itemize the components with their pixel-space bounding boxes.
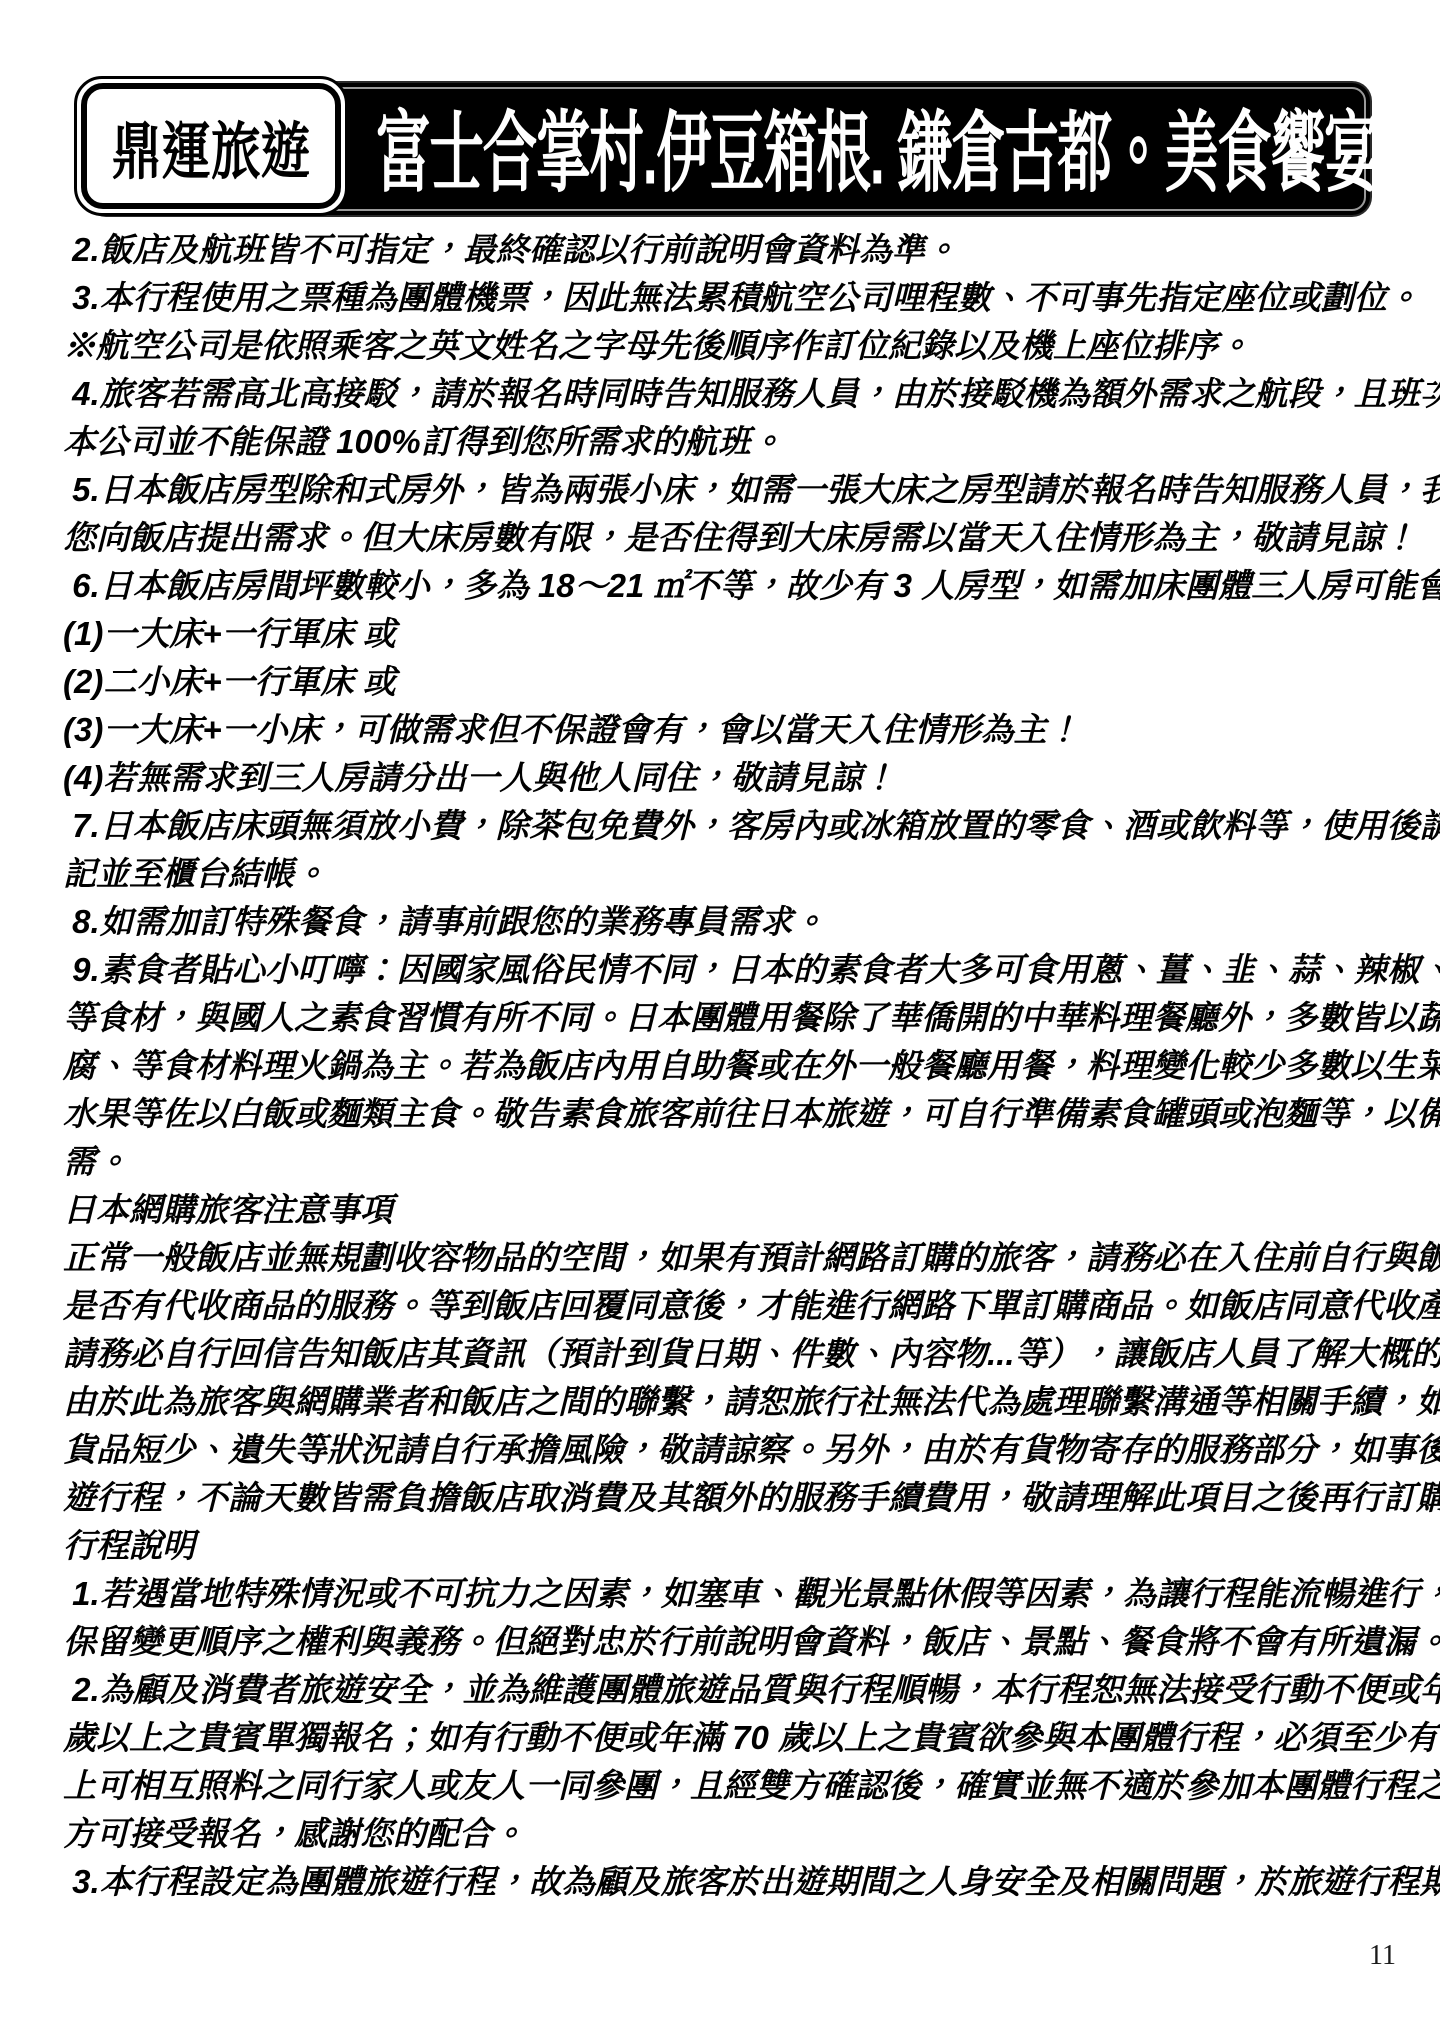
body-line: 2.飯店及航班皆不可指定，最終確認以行前說明會資料為準。 (63, 226, 1393, 274)
body-line: (4)若無需求到三人房請分出一人與他人同住，敬請見諒！ (63, 754, 1393, 802)
agency-logo-text: 鼎運旅遊 (112, 102, 310, 191)
body-line: 由於此為旅客與網購業者和飯店之間的聯繫，請恕旅行社無法代為處理聯繫溝通等相關手續… (63, 1378, 1393, 1426)
body-line: 本公司並不能保證 100%訂得到您所需求的航班。 (63, 418, 1393, 466)
body-line: 6.日本飯店房間坪數較小，多為 18～21 ㎡不等，故少有 3 人房型，如需加床… (63, 562, 1393, 610)
agency-logo: 鼎運旅遊 (74, 76, 348, 216)
page-number: 11 (1369, 1940, 1396, 1972)
body-line: 上可相互照料之同行家人或友人一同參團，且經雙方確認後，確實並無不適於參加本團體行… (63, 1762, 1393, 1810)
body-line: 遊行程，不論天數皆需負擔飯店取消費及其額外的服務手續費用，敬請理解此項目之後再行… (63, 1474, 1393, 1522)
body-line: 日本網購旅客注意事項 (63, 1186, 1393, 1234)
body-line: 5.日本飯店房型除和式房外，皆為兩張小床，如需一張大床之房型請於報名時告知服務人… (63, 466, 1393, 514)
body-line: 8.如需加訂特殊餐食，請事前跟您的業務專員需求。 (63, 898, 1393, 946)
body-line: 4.旅客若需高北高接駁，請於報名時同時告知服務人員，由於接駁機為額外需求之航段，… (63, 370, 1393, 418)
body-line: ※航空公司是依照乘客之英文姓名之字母先後順序作訂位紀錄以及機上座位排序。 (63, 322, 1393, 370)
body-line: 7.日本飯店床頭無須放小費，除茶包免費外，客房內或冰箱放置的零食、酒或飲料等，使… (63, 802, 1393, 850)
body-line: 9.素食者貼心小叮嚀：因國家風俗民情不同，日本的素食者大多可食用蔥、薑、韭、蒜、… (63, 946, 1393, 994)
body-line: 水果等佐以白飯或麵類主食。敬告素食旅客前往日本旅遊，可自行準備素食罐頭或泡麵等，… (63, 1090, 1393, 1138)
terms-text: 2.飯店及航班皆不可指定，最終確認以行前說明會資料為準。 3.本行程使用之票種為… (63, 226, 1393, 1906)
body-line: 是否有代收商品的服務。等到飯店回覆同意後，才能進行網路下單訂購商品。如飯店同意代… (63, 1282, 1393, 1330)
document-page: 富士合掌村.伊豆箱根. 鎌倉古都。美食饗宴溫泉五日 鼎運旅遊 2.飯店及航班皆不… (0, 0, 1440, 2036)
body-line: 正常一般飯店並無規劃收容物品的空間，如果有預計網路訂購的旅客，請務必在入住前自行… (63, 1234, 1393, 1282)
body-line: 3.本行程使用之票種為團體機票，因此無法累積航空公司哩程數、不可事先指定座位或劃… (63, 274, 1393, 322)
body-line: 2.為顧及消費者旅遊安全，並為維護團體旅遊品質與行程順暢，本行程恕無法接受行動不… (63, 1666, 1393, 1714)
body-line: 方可接受報名，感謝您的配合。 (63, 1810, 1393, 1858)
body-line: 貨品短少、遺失等狀況請自行承擔風險，敬請諒察。另外，由於有貨物寄存的服務部分，如… (63, 1426, 1393, 1474)
body-line: 您向飯店提出需求。但大床房數有限，是否住得到大床房需以當天入住情形為主，敬請見諒… (63, 514, 1393, 562)
body-line: (2)二小床+一行軍床 或 (63, 658, 1393, 706)
body-line: 需。 (63, 1138, 1393, 1186)
body-line: 等食材，與國人之素食習慣有所不同。日本團體用餐除了華僑開的中華料理餐廳外，多數皆… (63, 994, 1393, 1042)
body-line: 記並至櫃台結帳。 (63, 850, 1393, 898)
body-line: 1.若遇當地特殊情況或不可抗力之因素，如塞車、觀光景點休假等因素，為讓行程能流暢… (63, 1570, 1393, 1618)
body-line: 歲以上之貴賓單獨報名；如有行動不便或年滿 70 歲以上之貴賓欲參與本團體行程，必… (63, 1714, 1393, 1762)
body-line: 請務必自行回信告知飯店其資訊（預計到貨日期、件數、內容物...等），讓飯店人員了… (63, 1330, 1393, 1378)
body-line: 保留變更順序之權利與義務。但絕對忠於行前說明會資料，飯店、景點、餐食將不會有所遺… (63, 1618, 1393, 1666)
body-line: (3)一大床+一小床，可做需求但不保證會有，會以當天入住情形為主！ (63, 706, 1393, 754)
body-line: 3.本行程設定為團體旅遊行程，故為顧及旅客於出遊期間之人身安全及相關問題，於旅遊… (63, 1858, 1393, 1906)
body-line: (1)一大床+一行軍床 或 (63, 610, 1393, 658)
body-line: 行程說明 (63, 1522, 1393, 1570)
tour-title: 富士合掌村.伊豆箱根. 鎌倉古都。美食饗宴溫泉五日 (376, 83, 1440, 209)
body-line: 腐、等食材料理火鍋為主。若為飯店內用自助餐或在外一般餐廳用餐，料理變化較少多數以… (63, 1042, 1393, 1090)
